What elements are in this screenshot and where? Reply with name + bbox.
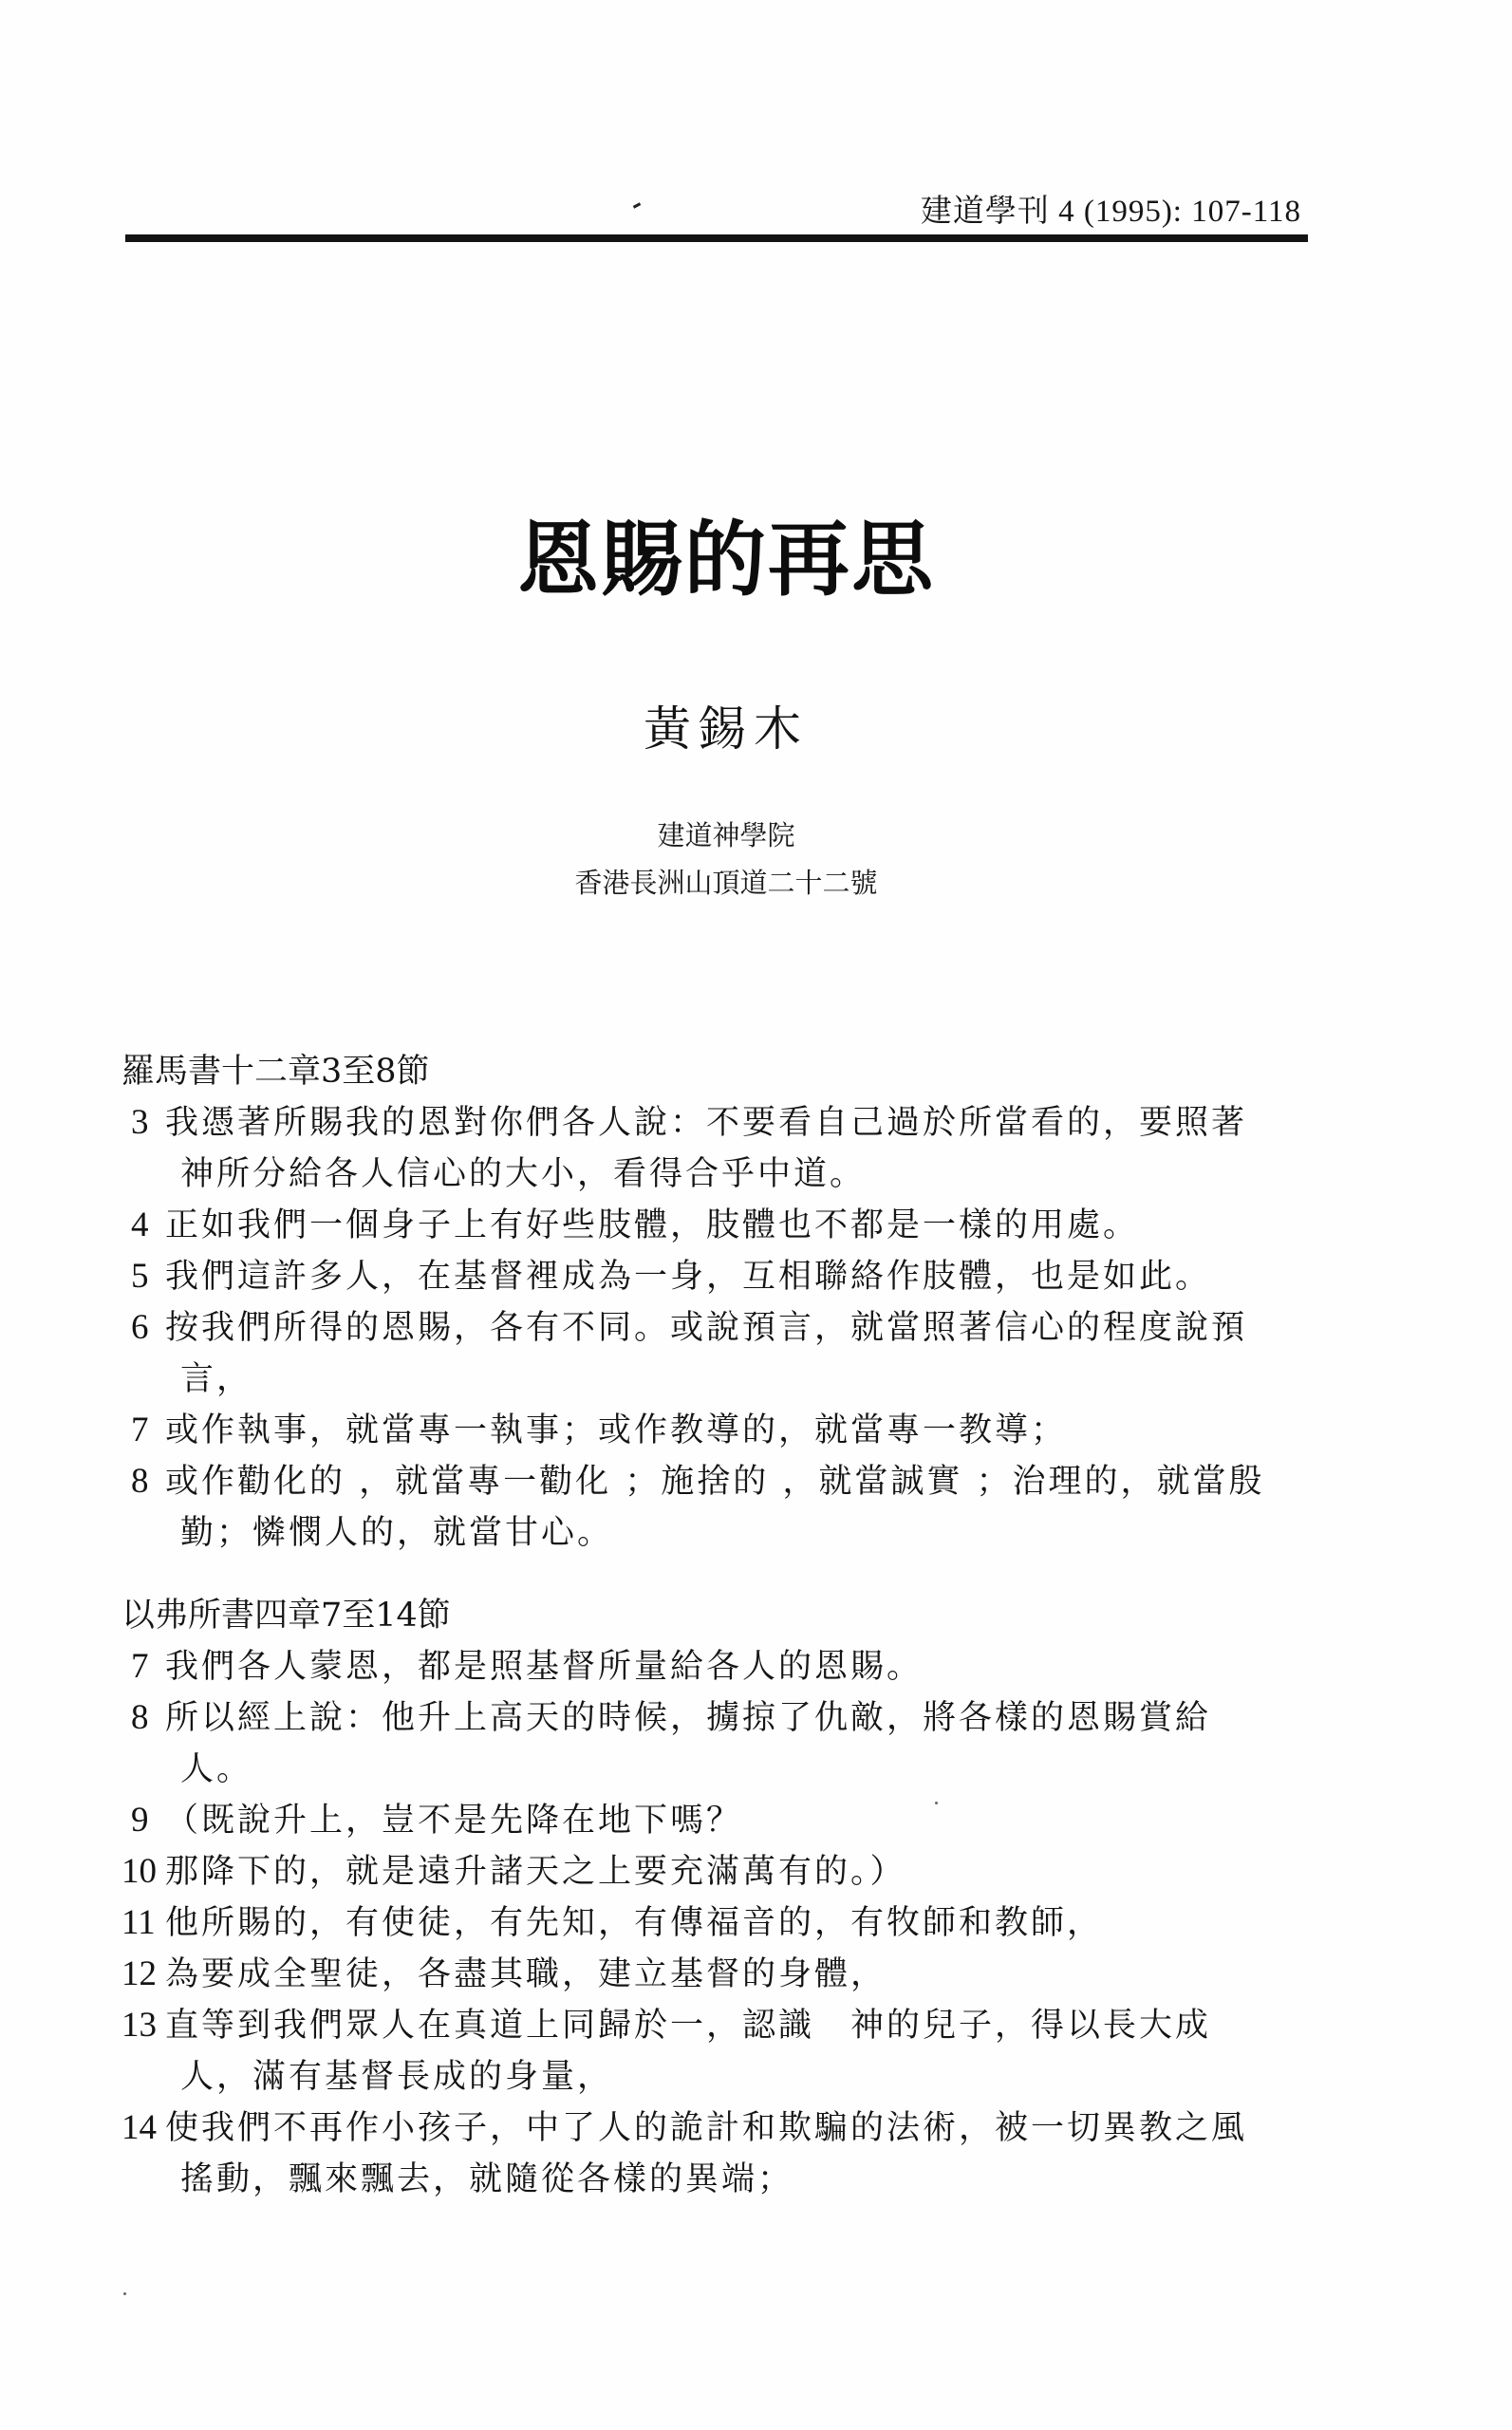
verse: 7 或作執事，就當專一執事；或作教導的，就當專一教導； (121, 1405, 1317, 1456)
verse-number: 6 (131, 1302, 149, 1354)
verse-line: 我憑著所賜我的恩對你們各人說：不要看自己過於所當看的，要照著 (121, 1097, 1317, 1149)
verse: 14 使我們不再作小孩子，中了人的詭計和欺騙的法術，被一切異教之風 搖動，飄來飄… (121, 2103, 1317, 2205)
verse: 10 那降下的，就是遠升諸天之上要充滿萬有的。） (121, 1846, 1317, 1897)
verse-number: 9 (131, 1795, 149, 1846)
verse-line: 或作勸化的 ，就當專一勸化 ；施捨的 ，就當誠實 ；治理的，就當殷 (121, 1456, 1317, 1507)
verse-line: 人，滿有基督長成的身量， (121, 2051, 1317, 2103)
verse-line: 正如我們一個身子上有好些肢體，肢體也不都是一樣的用處。 (121, 1200, 1317, 1251)
verse-line: 按我們所得的恩賜，各有不同。或說預言，就當照著信心的程度說預 (121, 1302, 1317, 1354)
verse-number: 10 (121, 1846, 157, 1897)
verse-line: 直等到我們眾人在真道上同歸於一，認識 神的兒子，得以長大成 (121, 2000, 1317, 2051)
verse-line: 神所分給各人信心的大小，看得合乎中道。 (121, 1149, 1317, 1200)
verse-line: 我們這許多人，在基督裡成為一身，互相聯絡作肢體，也是如此。 (121, 1251, 1317, 1302)
verse-line: 勤；憐憫人的，就當甘心。 (121, 1507, 1317, 1559)
verse-line: 或作執事，就當專一執事；或作教導的，就當專一教導； (121, 1405, 1317, 1456)
verse-number: 11 (121, 1897, 156, 1949)
verse: 8 或作勸化的 ，就當專一勸化 ；施捨的 ，就當誠實 ；治理的，就當殷 勤；憐憫… (121, 1456, 1317, 1559)
verse-line: （既說升上，豈不是先降在地下嗎？ (121, 1795, 1317, 1846)
scan-speck (123, 2292, 126, 2295)
verse: 3 我憑著所賜我的恩對你們各人說：不要看自己過於所當看的，要照著 神所分給各人信… (121, 1097, 1317, 1200)
author-affiliation: 建道神學院 香港長洲山頂道二十二號 (0, 812, 1452, 907)
verse-number: 7 (131, 1641, 149, 1692)
article-author: 黃錫木 (0, 691, 1452, 759)
verse-number: 8 (131, 1456, 149, 1507)
passage-reference: 羅馬書十二章3至8節 (121, 1046, 1317, 1097)
verse: 13 直等到我們眾人在真道上同歸於一，認識 神的兒子，得以長大成 人，滿有基督長… (121, 2000, 1317, 2103)
verse-number: 13 (121, 2000, 157, 2051)
running-header: 建道學刊 4 (1995): 107-118 (921, 186, 1301, 231)
verse-line: 那降下的，就是遠升諸天之上要充滿萬有的。） (121, 1846, 1317, 1897)
header-rule (125, 234, 1308, 242)
verse-line: 人。 (121, 1744, 1317, 1795)
verse-line: 我們各人蒙恩，都是照基督所量給各人的恩賜。 (121, 1641, 1317, 1692)
address: 香港長洲山頂道二十二號 (0, 859, 1452, 907)
institution: 建道神學院 (0, 812, 1452, 859)
document-page: 建道學刊 4 (1995): 107-118 恩賜的再思 黃錫木 建道神學院 香… (0, 0, 1512, 2430)
verse-number: 12 (121, 1949, 157, 2000)
verse: 4 正如我們一個身子上有好些肢體，肢體也不都是一樣的用處。 (121, 1200, 1317, 1251)
article-title: 恩賜的再思 (0, 494, 1452, 611)
passage-reference: 以弗所書四章7至14節 (121, 1590, 1317, 1641)
verse-line: 所以經上說：他升上高天的時候，擄掠了仇敵，將各樣的恩賜賞給 (121, 1692, 1317, 1744)
verse-number: 7 (131, 1405, 149, 1456)
verse-number: 5 (131, 1251, 149, 1302)
scripture-passage-ephesians: 以弗所書四章7至14節 7 我們各人蒙恩，都是照基督所量給各人的恩賜。 8 所以… (121, 1590, 1317, 2205)
scan-artifact (633, 202, 641, 208)
scripture-passage-romans: 羅馬書十二章3至8節 3 我憑著所賜我的恩對你們各人說：不要看自己過於所當看的，… (121, 1046, 1317, 1559)
verse-number: 4 (131, 1200, 149, 1251)
verse: 11 他所賜的，有使徒，有先知，有傳福音的，有牧師和教師， (121, 1897, 1317, 1949)
verse-line: 為要成全聖徒，各盡其職，建立基督的身體， (121, 1949, 1317, 2000)
verse-number: 14 (121, 2103, 157, 2154)
verse-line: 他所賜的，有使徒，有先知，有傳福音的，有牧師和教師， (121, 1897, 1317, 1949)
verse: 12 為要成全聖徒，各盡其職，建立基督的身體， (121, 1949, 1317, 2000)
verse-number: 3 (131, 1097, 149, 1149)
verse: 6 按我們所得的恩賜，各有不同。或說預言，就當照著信心的程度說預 言， (121, 1302, 1317, 1405)
verse: 9 （既說升上，豈不是先降在地下嗎？ (121, 1795, 1317, 1846)
verse: 8 所以經上說：他升上高天的時候，擄掠了仇敵，將各樣的恩賜賞給 人。 (121, 1692, 1317, 1795)
scan-speck (935, 1802, 938, 1804)
verse-line: 搖動，飄來飄去，就隨從各樣的異端； (121, 2154, 1317, 2205)
verse: 7 我們各人蒙恩，都是照基督所量給各人的恩賜。 (121, 1641, 1317, 1692)
verse-line: 使我們不再作小孩子，中了人的詭計和欺騙的法術，被一切異教之風 (121, 2103, 1317, 2154)
verse: 5 我們這許多人，在基督裡成為一身，互相聯絡作肢體，也是如此。 (121, 1251, 1317, 1302)
verse-number: 8 (131, 1692, 149, 1744)
verse-line: 言， (121, 1354, 1317, 1405)
